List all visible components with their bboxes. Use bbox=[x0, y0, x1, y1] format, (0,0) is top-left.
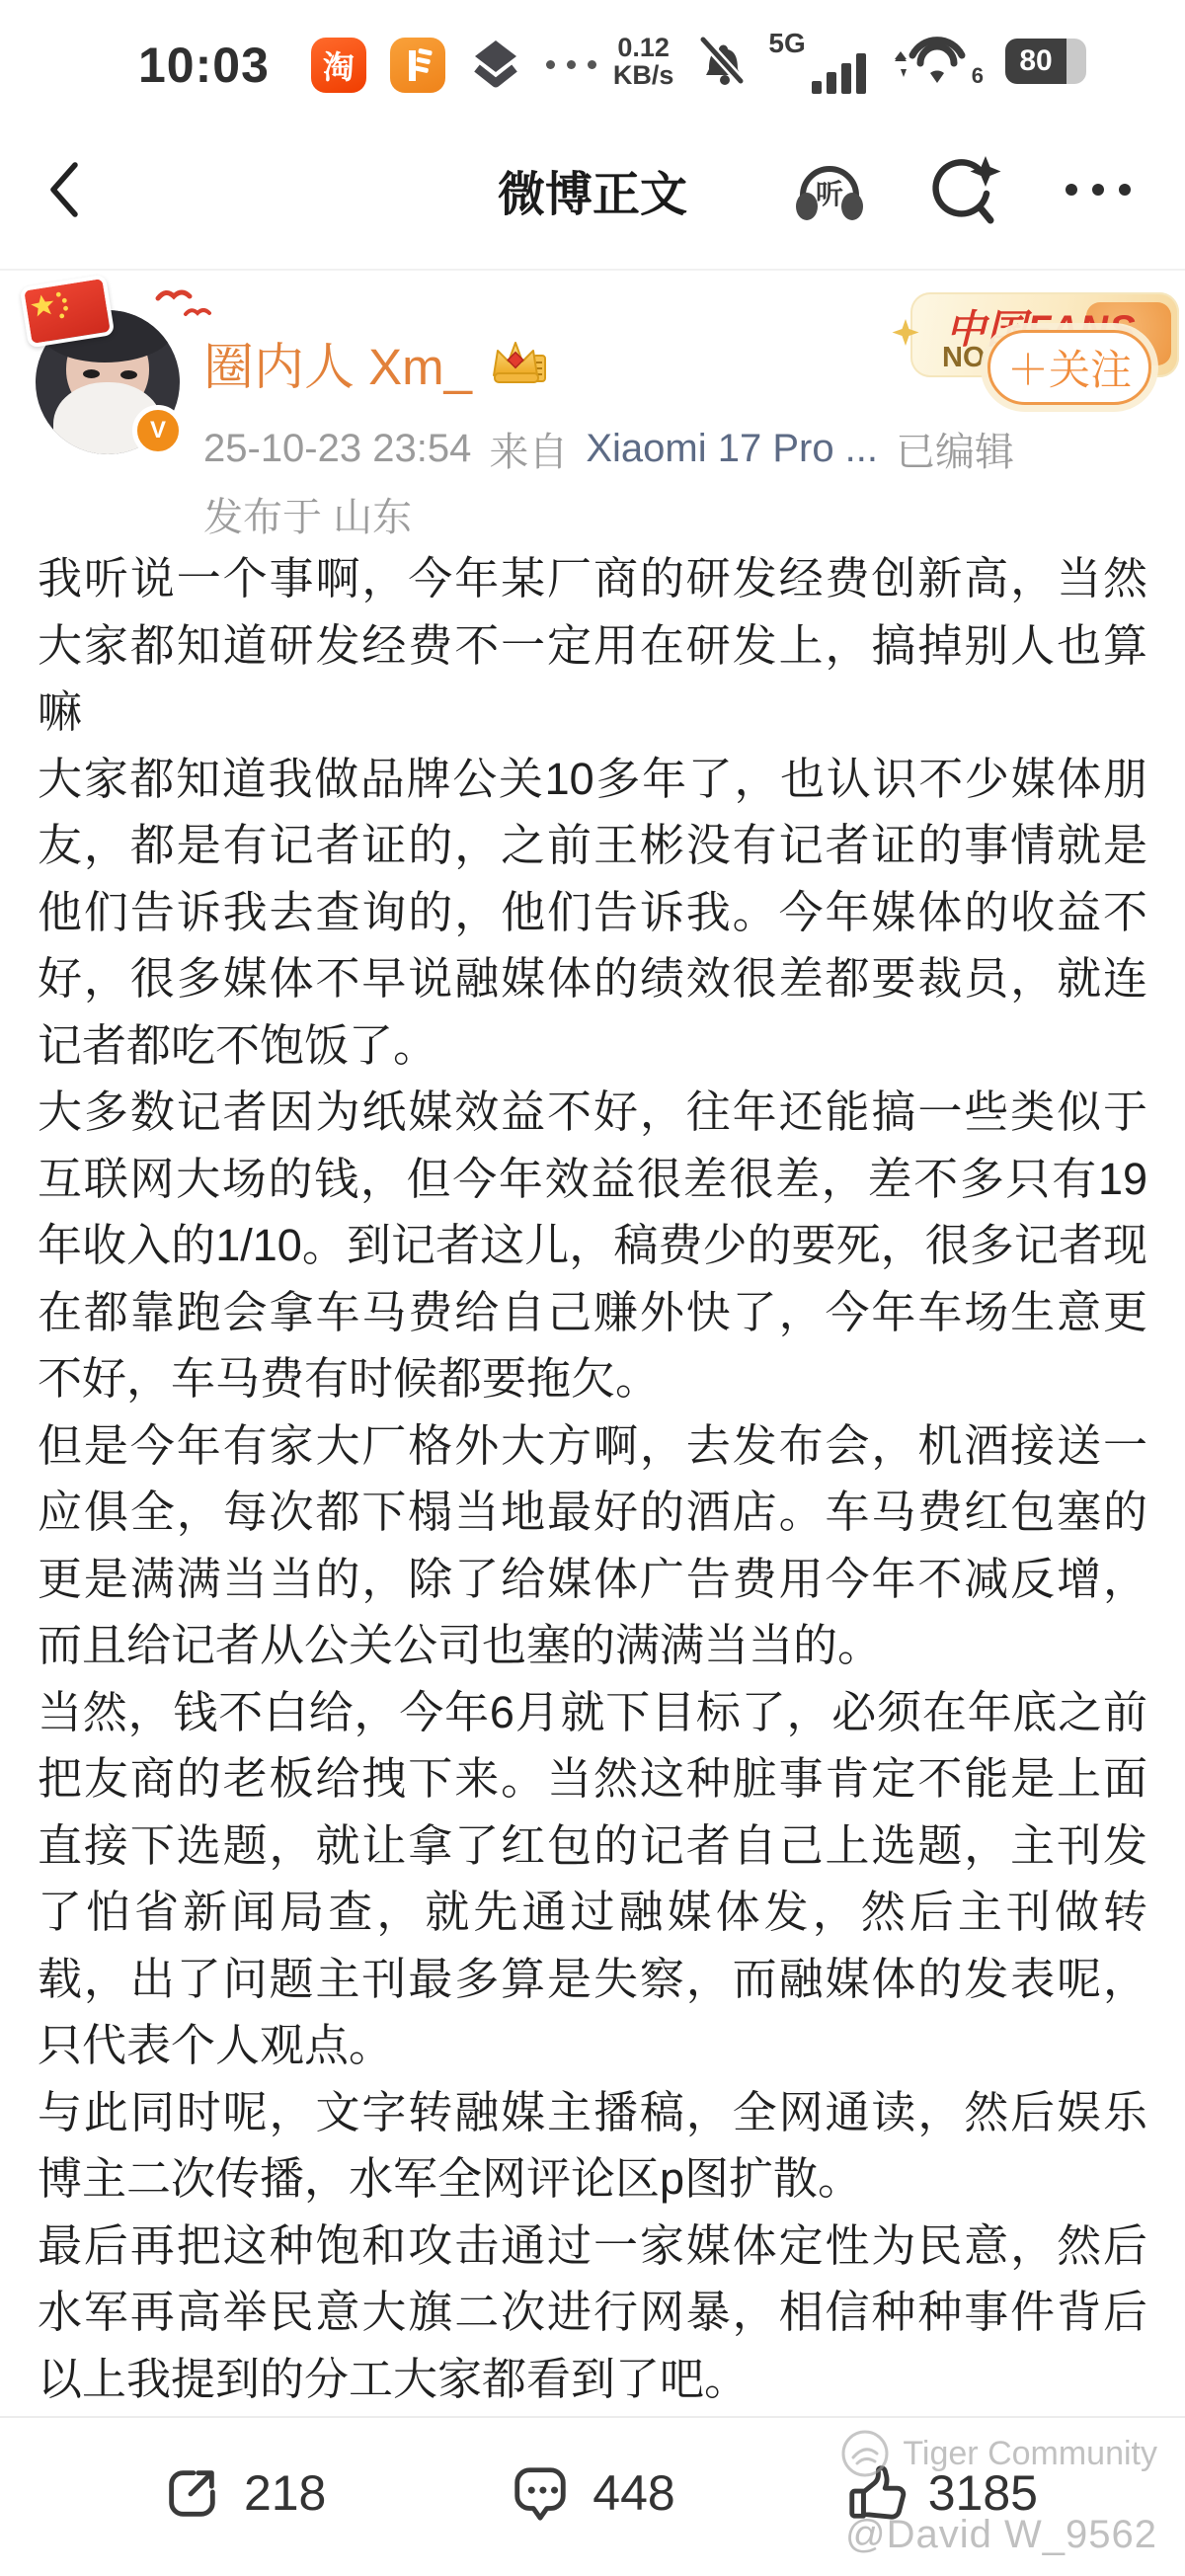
post-location: 发布于 山东 bbox=[203, 486, 412, 542]
post-paragraph: 大家都知道我做品牌公关10多年了，也认识不少媒体朋友，都是有记者证的，之前王彬没… bbox=[38, 746, 1147, 1080]
post-paragraph: 大多数记者因为纸媒效益不好，往年还能搞一些类似于互联网大场的钱，但今年效益很差很… bbox=[38, 1079, 1147, 1412]
listen-post-button[interactable]: 听 bbox=[790, 150, 869, 229]
signal-bars-icon bbox=[810, 51, 871, 95]
clock: 10:03 bbox=[138, 37, 270, 94]
like-count: 3185 bbox=[928, 2464, 1038, 2522]
mute-bell-icon bbox=[695, 32, 747, 92]
follow-button[interactable]: ＋关注 bbox=[987, 330, 1151, 405]
more-button[interactable] bbox=[1059, 150, 1138, 229]
post-timestamp: 25-10-23 23:54 bbox=[203, 427, 471, 471]
source-prefix: 来自 bbox=[489, 421, 568, 477]
taobao-glyph: 淘 bbox=[323, 42, 355, 88]
comment-button[interactable]: 448 bbox=[418, 2459, 766, 2527]
listen-glyph: 听 bbox=[816, 173, 843, 212]
author-name[interactable]: 圈内人 Xm_ bbox=[203, 326, 472, 399]
network-type-label: 5G bbox=[768, 28, 805, 59]
post-paragraph: 而且更可怕的是，今年他们采取了一个从未有人用过的可 bbox=[38, 2412, 1147, 2414]
vip-crown-icon bbox=[490, 338, 547, 387]
wifi-icon: 6 bbox=[893, 34, 984, 89]
cellular-signal: 5G bbox=[768, 28, 870, 95]
share-count: 218 bbox=[244, 2464, 326, 2522]
share-button[interactable]: 218 bbox=[69, 2461, 418, 2525]
post-paragraph: 但是今年有家大厂格外大方啊，去发布会，机酒接送一应俱全，每次都下榻当地最好的酒店… bbox=[38, 1412, 1147, 1679]
sparkle-search-icon bbox=[926, 152, 1001, 227]
battery-indicator: 80 bbox=[1005, 39, 1086, 84]
chevron-left-icon bbox=[47, 161, 81, 218]
edited-label: 已编辑 bbox=[896, 421, 1014, 477]
back-button[interactable] bbox=[47, 150, 117, 229]
post-paragraph: 最后再把这种饱和攻击通过一家媒体定性为民意，然后水军再高举民意大旗二次进行网暴，… bbox=[38, 2213, 1147, 2413]
battery-remainder bbox=[1066, 39, 1086, 84]
thumbs-up-icon bbox=[845, 2461, 907, 2525]
sparkle-icon bbox=[891, 318, 920, 348]
author-row: 圈内人 Xm_ bbox=[203, 326, 547, 399]
wifi-band-label: 6 bbox=[972, 63, 984, 89]
birds-decoration-icon bbox=[152, 284, 215, 324]
ai-search-button[interactable] bbox=[924, 150, 1003, 229]
verified-glyph: V bbox=[150, 417, 166, 444]
status-bar-left: 10:03 淘 bbox=[138, 35, 596, 95]
orange-p-app-icon bbox=[390, 38, 445, 93]
verified-badge: V bbox=[132, 405, 184, 456]
page-title: 微博正文 bbox=[498, 156, 687, 224]
nav-bar: 微博正文 听 bbox=[0, 111, 1185, 271]
author-avatar[interactable]: V bbox=[36, 310, 180, 454]
like-button[interactable]: 3185 bbox=[767, 2460, 1116, 2526]
status-bar: 10:03 淘 bbox=[0, 0, 1185, 111]
ellipsis-icon bbox=[546, 60, 596, 69]
source-link[interactable]: Xiaomi 17 Pro ... bbox=[586, 427, 878, 471]
post-header: V 圈内人 Xm_ 25-10-23 23:54 bbox=[0, 273, 1185, 545]
comment-icon bbox=[510, 2460, 571, 2526]
nav-actions: 听 bbox=[790, 150, 1138, 229]
post-paragraph: 我听说一个事啊，今年某厂商的研发经费创新高，当然大家都知道研发经费不一定用在研发… bbox=[38, 545, 1147, 746]
network-speed-unit: KB/s bbox=[613, 61, 674, 89]
layers-icon bbox=[469, 35, 522, 95]
status-bar-right: 0.12 KB/s 5G bbox=[613, 28, 1086, 95]
comment-count: 448 bbox=[592, 2464, 674, 2522]
network-speed-value: 0.12 bbox=[617, 34, 670, 61]
network-speed: 0.12 KB/s bbox=[613, 34, 674, 89]
battery-level: 80 bbox=[1005, 39, 1066, 84]
share-icon bbox=[161, 2462, 222, 2524]
action-bar: 218 448 3185 bbox=[0, 2416, 1185, 2576]
post-meta: 25-10-23 23:54 来自 Xiaomi 17 Pro ... 已编辑 bbox=[203, 421, 1014, 477]
more-dots-icon bbox=[1066, 184, 1131, 196]
taobao-app-icon: 淘 bbox=[311, 38, 366, 93]
post-paragraph: 与此同时呢，文字转融媒主播稿，全网通读，然后娱乐博主二次传播，水军全网评论区p图… bbox=[38, 2079, 1147, 2213]
post-paragraph: 当然，钱不白给，今年6月就下目标了，必须在年底之前把友商的老板给拽下来。当然这种… bbox=[38, 1679, 1147, 2079]
weibo-post-page: 10:03 淘 bbox=[0, 0, 1185, 2576]
post-body: 我听说一个事啊，今年某厂商的研发经费创新高，当然大家都知道研发经费不一定用在研发… bbox=[38, 545, 1147, 2414]
